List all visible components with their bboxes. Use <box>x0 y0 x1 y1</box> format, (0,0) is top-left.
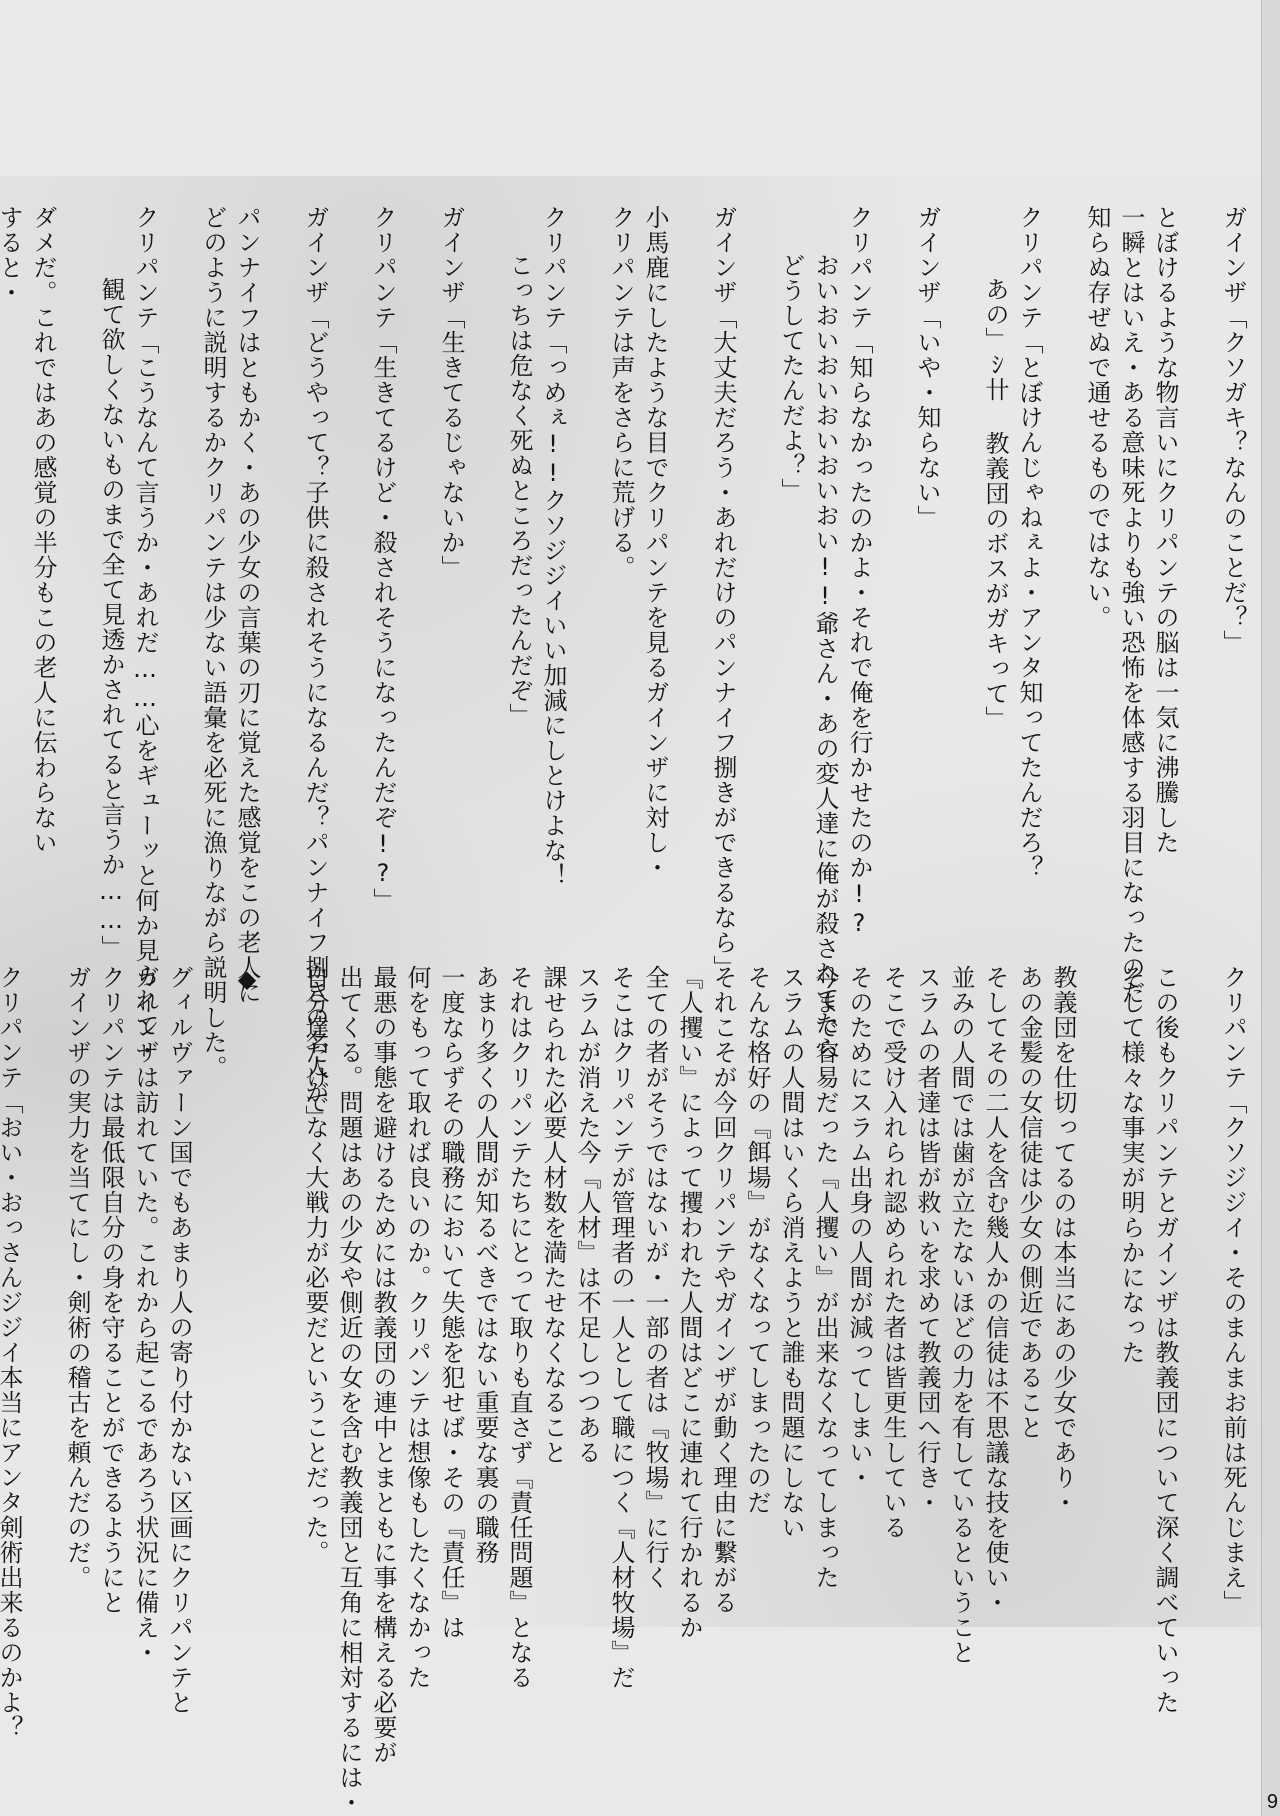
text-line: それこそが今回クリパンテやガインザが動く理由に繋がる <box>706 965 740 1615</box>
text-line: そんな格好の『餌場』がなくなってしまったのだ <box>740 965 774 1515</box>
text-line: そこで受け入れられ認められた者は皆更生している <box>876 965 910 1540</box>
text-line: そのためにスラム出身の人間が減ってしまい・ <box>842 965 876 1490</box>
text-line: クリパンテ「とぼけんじゃねぇよ・アンタ知ってたんだろ？ <box>1012 205 1046 880</box>
text-line: クリパンテ「おい・おっさんジジイ本当にアンタ剣術出来るのかよ？ <box>0 965 26 1740</box>
section-break-diamond-icon: ◆ <box>230 965 264 994</box>
text-line: 自分達だけでなく大戦力が必要だということだった。 <box>298 965 332 1565</box>
text-line: ガインザは訪れていた。これから起こるであろう状況に備え・ <box>128 965 162 1665</box>
text-line: 教義団を仕切ってるのは本当にあの少女であり・ <box>1046 965 1080 1515</box>
text-line: この後もクリパンテとガインザは教義団について深く調べていった <box>1148 965 1182 1715</box>
text-line: ダメだ。これではあの感覚の半分もこの老人に伝わらない <box>26 205 60 855</box>
text-line: 今まで容易だった『人攫い』が出来なくなってしまった <box>808 965 842 1590</box>
text-line: 課せられた必要人材数を満たせなくなること <box>536 965 570 1465</box>
text-line: 観て欲しくないものまで全て見透かされてると言うか……」 <box>94 205 128 960</box>
harlequin-border-top <box>0 0 1280 176</box>
text-line: グィルヴァーン国でもあまり人の寄り付かない区画にクリパンテと <box>162 965 196 1715</box>
text-line: ガインザ「生きてるじゃないか」 <box>434 205 468 580</box>
text-line: ガインザの実力を当てにし・剣術の稽古を頼んだのだ。 <box>60 965 94 1590</box>
page-number: 9 <box>1267 1791 1278 1814</box>
text-line: すると・ <box>0 205 26 305</box>
text-line: そして様々な事実が明らかになった <box>1114 965 1148 1365</box>
text-line: 一瞬とはいえ・ある意味死よりも強い恐怖を体感する羽目になったのだ <box>1114 205 1148 1005</box>
text-line: クリパンテ「っめぇ!!クソジジイいい加減にしとけよな！ <box>536 205 570 888</box>
text-line: それはクリパンテたちにとって取りも直さず『責任問題』となる <box>502 965 536 1690</box>
text-line: スラムの人間はいくら消えようと誰も問題にしない <box>774 965 808 1540</box>
text-line-censored: あの」ｼ卄 教義団のボスがガキって」 <box>978 205 1012 731</box>
text-line: あの金髪の女信徒は少女の側近であること <box>1012 965 1046 1440</box>
page-edge <box>1261 0 1280 1816</box>
text-line: スラムが消えた今『人材』は不足しつつある <box>570 965 604 1465</box>
text-line: 小馬鹿にしたような目でクリパンテを見るガインザに対し・ <box>638 205 672 880</box>
text-line: 知らぬ存ぜぬで通せるものではない。 <box>1080 205 1114 630</box>
text-line: クリパンテ「知らなかったのかよ・それで俺を行かせたのか!? <box>842 205 876 938</box>
text-line: 最悪の事態を避けるためには教義団の連中とまともに事を構える必要が <box>366 965 400 1765</box>
text-line: こっちは危なく死ぬところだったんだぞ」 <box>502 205 536 728</box>
text-line: おいおいおいおいおいおい!!爺さん・あの変人達に俺が殺されてたら <box>808 205 842 1061</box>
text-line: ガインザ「大丈夫だろう・あれだけのパンナイフ捌きができるなら」 <box>706 205 740 980</box>
text-line: どうしてたんだよ？」 <box>774 205 808 503</box>
text-line: あまり多くの人間が知るべきではない重要な裏の職務 <box>468 965 502 1565</box>
text-line: スラムの者達は皆が救いを求めて教義団へ行き・ <box>910 965 944 1515</box>
text-line: 『人攫い』によって攫われた人間はどこに連れて行かれるか <box>672 965 706 1640</box>
text-line: 一度ならずその職務において失態を犯せば・その『責任』は <box>434 965 468 1640</box>
text-line: 全ての者がそうではないが・一部の者は『牧場』に行く <box>638 965 672 1590</box>
text-line: クリパンテは最低限自分の身を守ることができるようにと <box>94 965 128 1615</box>
text-line: そこはクリパンテが管理者の一人として職につく『人材牧場』だ <box>604 965 638 1690</box>
text-line: ガインザ「いや・知らない」 <box>910 205 944 530</box>
text-line: クリパンテは声をさらに荒げる。 <box>604 205 638 580</box>
text-line: ガインザ「クソガキ？なんのことだ？」 <box>1216 205 1250 655</box>
text-line: 並みの人間では歯が立たないほどの力を有しているということ <box>944 965 978 1665</box>
text-line: パンナイフはともかく・あの少女の言葉の刃に覚えた感覚をこの老人に <box>230 205 264 1005</box>
text-line: そしてその二人を含む幾人かの信徒は不思議な技を使い・ <box>978 965 1012 1615</box>
text-line: クリパンテ「クソジジイ・そのまんまお前は死んじまえ」 <box>1216 965 1250 1615</box>
text-line: どのように説明するかクリパンテは少ない語彙を必死に漁りながら説明した。 <box>196 205 230 1080</box>
upper-text-tier: ガインザ「クソガキ？なんのことだ？」 とぼけるような物言いにクリパンテの脳は一気… <box>0 205 1250 905</box>
text-line: クリパンテ「生きてるけど・殺されそうになったんだぞ!?」 <box>366 205 400 913</box>
text-line: 出てくる。問題はあの少女や側近の女を含む教義団と互角に相対するには・ <box>332 965 366 1815</box>
text-line: クリパンテ「こうなんて言うか・あれだ……心をギューッと何か見られて・ <box>128 205 162 1063</box>
text-line: 何をもって取れば良いのか。クリパンテは想像もしたくなかった <box>400 965 434 1690</box>
text-line: とぼけるような物言いにクリパンテの脳は一気に沸騰した <box>1148 205 1182 855</box>
lower-text-tier: クリパンテ「クソジジイ・そのまんまお前は死んじまえ」 この後もクリパンテとガイン… <box>0 965 1250 1605</box>
